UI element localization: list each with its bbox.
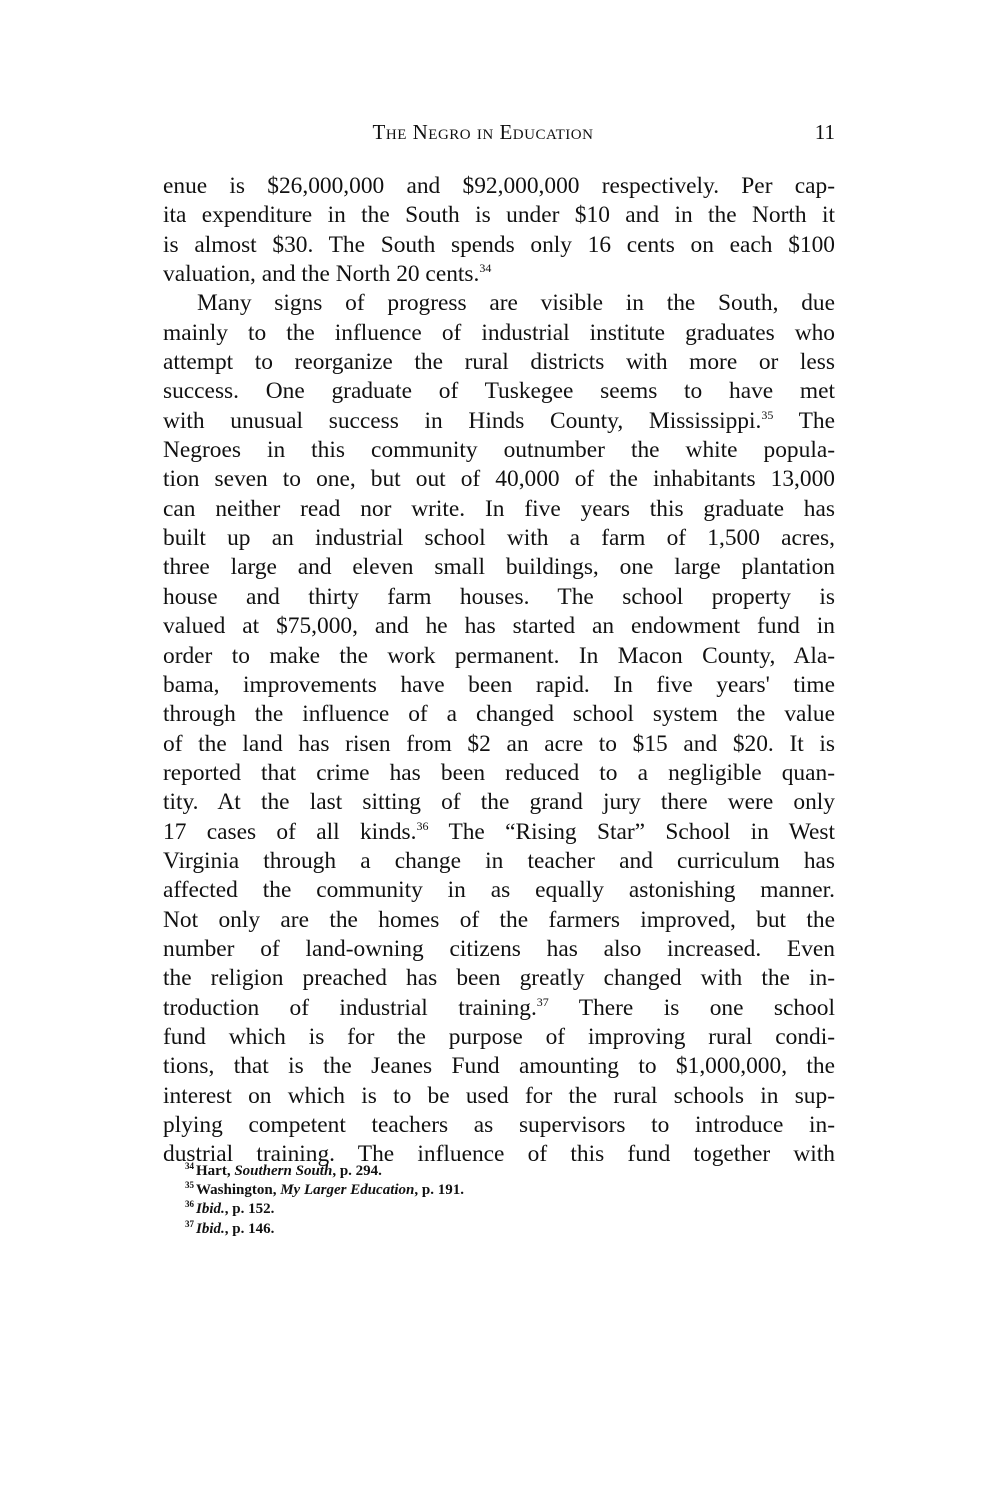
text-line: can neither read nor write. In five year… bbox=[163, 495, 835, 524]
footnote-title: My Larger Education bbox=[280, 1182, 414, 1198]
text-fragment: with unusual success in Hinds County, Mi… bbox=[163, 408, 761, 434]
footnote-number: 36 bbox=[185, 1199, 194, 1209]
text-line: through the influence of a changed schoo… bbox=[163, 700, 835, 729]
text-line: interest on which is to be used for the … bbox=[163, 1082, 835, 1111]
footnote-ref-36[interactable]: 36 bbox=[417, 819, 429, 833]
footnote-page: , p. 191. bbox=[414, 1182, 464, 1198]
text-line: fund which is for the purpose of improvi… bbox=[163, 1023, 835, 1052]
text-line: valued at $75,000, and he has started an… bbox=[163, 612, 835, 641]
text-line: is almost $30. The South spends only 16 … bbox=[163, 231, 835, 260]
text-line: Virginia through a change in teacher and… bbox=[163, 847, 835, 876]
text-line: affected the community in as equally ast… bbox=[163, 876, 835, 905]
footnote-number: 34 bbox=[185, 1161, 194, 1171]
text-line: three large and eleven small buildings, … bbox=[163, 553, 835, 582]
text-fragment: valuation, and the North 20 cents. bbox=[163, 261, 479, 287]
footnote-number: 35 bbox=[185, 1180, 194, 1190]
footnote-title: Southern South bbox=[234, 1163, 332, 1179]
text-fragment: There is one school bbox=[579, 995, 835, 1021]
running-head: The Negro in Education 11 bbox=[163, 120, 835, 150]
text-line: ita expenditure in the South is under $1… bbox=[163, 201, 835, 230]
page-number: 11 bbox=[815, 120, 835, 145]
text-line: built up an industrial school with a far… bbox=[163, 524, 835, 553]
footnote-page: , p. 152. bbox=[225, 1201, 275, 1217]
text-line: the religion preached has been greatly c… bbox=[163, 964, 835, 993]
footnote-ref-35[interactable]: 35 bbox=[761, 408, 773, 422]
text-line: house and thirty farm houses. The school… bbox=[163, 583, 835, 612]
text-fragment: 17 cases of all kinds. bbox=[163, 819, 417, 845]
text-line: bama, improvements have been rapid. In f… bbox=[163, 671, 835, 700]
text-line-paragraph-start: Many signs of progress are visible in th… bbox=[163, 289, 835, 318]
text-line: Not only are the homes of the farmers im… bbox=[163, 906, 835, 935]
footnote-35: 35Washington, My Larger Education, p. 19… bbox=[185, 1181, 825, 1200]
text-line: reported that crime has been reduced to … bbox=[163, 759, 835, 788]
footnote-ref-37[interactable]: 37 bbox=[537, 995, 549, 1009]
text-line: enue is $26,000,000 and $92,000,000 resp… bbox=[163, 172, 835, 201]
text-line: tity. At the last sitting of the grand j… bbox=[163, 788, 835, 817]
text-line: of the land has risen from $2 an acre to… bbox=[163, 730, 835, 759]
text-line: with unusual success in Hinds County, Mi… bbox=[163, 407, 835, 436]
body-text: enue is $26,000,000 and $92,000,000 resp… bbox=[163, 172, 835, 1170]
text-line: order to make the work permanent. In Mac… bbox=[163, 642, 835, 671]
running-title: The Negro in Education bbox=[163, 120, 803, 145]
footnote-page: , p. 294. bbox=[332, 1163, 382, 1179]
text-line: Negroes in this community outnumber the … bbox=[163, 436, 835, 465]
text-line: tion seven to one, but out of 40,000 of … bbox=[163, 465, 835, 494]
text-line: success. One graduate of Tuskegee seems … bbox=[163, 377, 835, 406]
footnote-author: Hart, bbox=[196, 1163, 234, 1179]
footnote-author: Washington, bbox=[196, 1182, 280, 1198]
footnotes: 34Hart, Southern South, p. 294. 35Washin… bbox=[185, 1162, 825, 1239]
footnote-title: Ibid. bbox=[196, 1201, 225, 1217]
footnote-37: 37Ibid., p. 146. bbox=[185, 1220, 825, 1239]
footnote-34: 34Hart, Southern South, p. 294. bbox=[185, 1162, 825, 1181]
text-fragment: troduction of industrial training. bbox=[163, 995, 537, 1021]
text-line: 17 cases of all kinds.36 The “Rising Sta… bbox=[163, 818, 835, 847]
text-fragment: The “Rising Star” School in West bbox=[448, 819, 835, 845]
text-fragment: The bbox=[799, 408, 835, 434]
text-line: mainly to the influence of industrial in… bbox=[163, 319, 835, 348]
text-line: attempt to reorganize the rural district… bbox=[163, 348, 835, 377]
text-line: plying competent teachers as supervisors… bbox=[163, 1111, 835, 1140]
text-line: troduction of industrial training.37 The… bbox=[163, 994, 835, 1023]
footnote-title: Ibid. bbox=[196, 1221, 225, 1237]
footnote-number: 37 bbox=[185, 1219, 194, 1229]
footnote-36: 36Ibid., p. 152. bbox=[185, 1200, 825, 1219]
footnote-page: , p. 146. bbox=[225, 1221, 275, 1237]
text-line: number of land-owning citizens has also … bbox=[163, 935, 835, 964]
footnote-ref-34[interactable]: 34 bbox=[479, 261, 491, 275]
text-line: tions, that is the Jeanes Fund amounting… bbox=[163, 1052, 835, 1081]
text-line: valuation, and the North 20 cents.34 bbox=[163, 260, 835, 289]
